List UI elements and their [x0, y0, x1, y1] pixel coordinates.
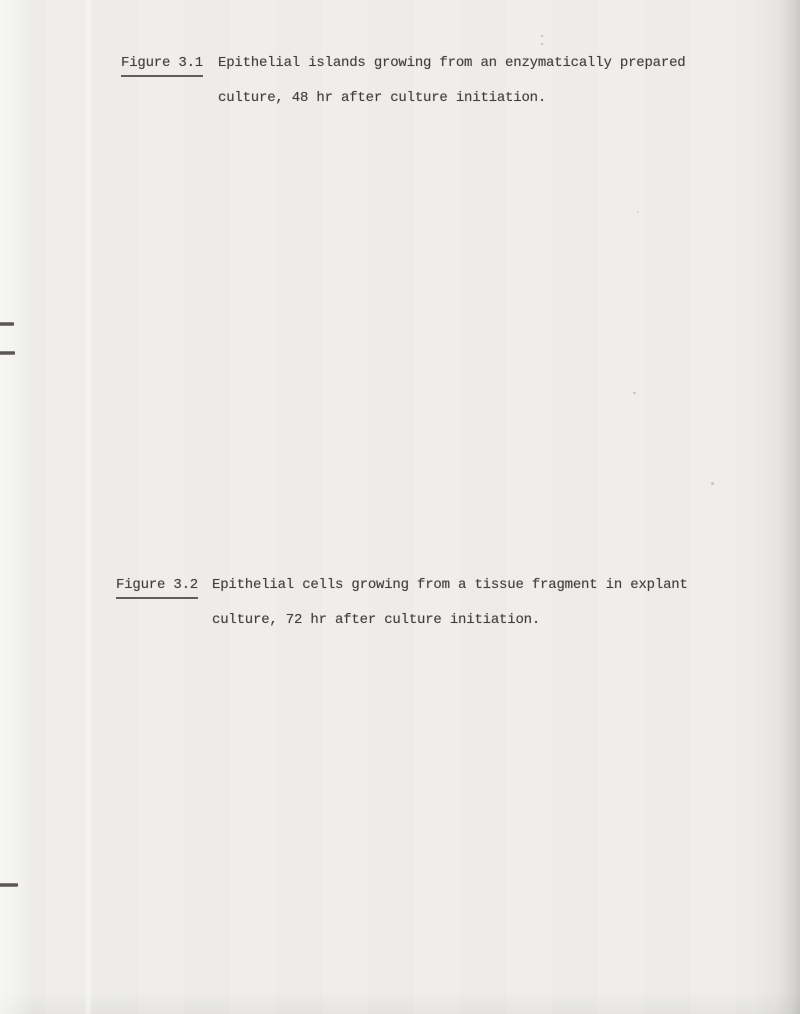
binding-mark-middle [0, 351, 15, 355]
figure-3-1-caption-line-2: culture, 48 hr after culture initiation. [218, 90, 685, 107]
faint-colon-scan-artifact [541, 35, 544, 45]
figure-3-2-caption-line-2: culture, 72 hr after culture initiation. [212, 612, 688, 629]
figure-3-2-label: Figure 3.2 [116, 577, 198, 599]
binding-mark-top [0, 322, 14, 326]
scanned-document-page: Figure 3.1 Epithelial islands growing fr… [0, 0, 800, 1014]
scan-speck [637, 211, 639, 213]
figure-3-1-label: Figure 3.1 [121, 55, 203, 77]
scan-speck [711, 482, 714, 485]
binding-mark-bottom [0, 883, 18, 887]
figure-3-1-caption-body: Epithelial islands growing from an enzym… [218, 55, 685, 125]
scan-speck [633, 392, 636, 394]
figure-3-2-caption-line-1: Epithelial cells growing from a tissue f… [212, 577, 688, 594]
figure-3-1-caption-line-1: Epithelial islands growing from an enzym… [218, 55, 685, 72]
figure-3-2-caption-body: Epithelial cells growing from a tissue f… [212, 577, 688, 647]
